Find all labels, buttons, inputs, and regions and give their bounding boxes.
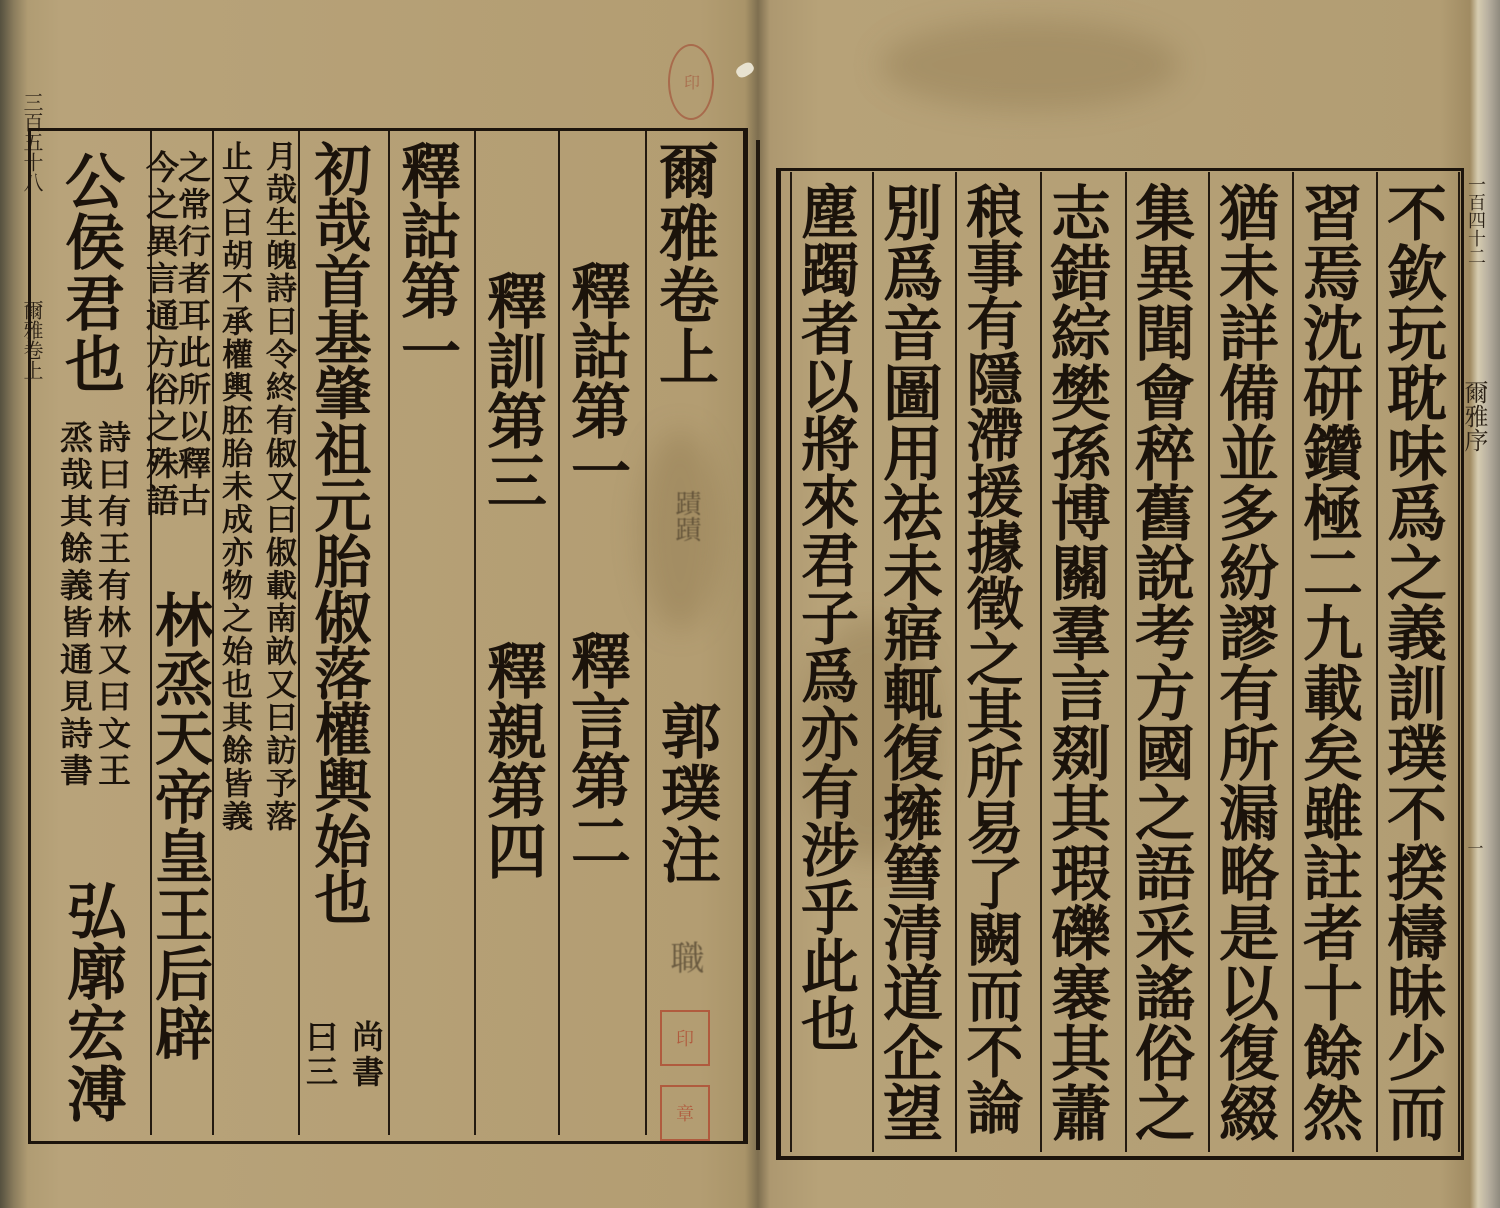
annotator: 郭璞注	[656, 700, 716, 886]
paper-tear	[734, 60, 756, 79]
preface-column: 稂事有隱滯援據徵之其所易了闕而不論	[962, 182, 1019, 1134]
column-rule	[1458, 172, 1460, 1152]
preface-column: 猶未詳備並多紛謬有所漏略是以復綴	[1214, 182, 1274, 1142]
toc-item-shixun: 釋訓第三	[482, 270, 542, 510]
commentary-column: 詩曰有王有林又曰文王	[96, 420, 129, 790]
column-rule	[645, 131, 647, 1135]
commentary-inline: 尚書	[350, 1020, 382, 1090]
column-rule	[298, 131, 300, 1135]
commentary-column: 烝哉其餘義皆通見詩書	[58, 420, 91, 790]
column-rule	[474, 131, 476, 1135]
commentary-column: 止又曰胡不承權輿胚胎未成亦物之始也其餘皆義	[218, 140, 249, 833]
ink-smudge: 蹟蹟	[668, 490, 705, 542]
preface-column: 別爲音圖用祛未寤輒復擁篲清道企望	[878, 182, 938, 1142]
column-rule	[388, 131, 390, 1135]
preface-column: 志錯綜樊孫博關羣言剟其瑕礫褰其蕭	[1046, 182, 1106, 1142]
toc-item-shiyan: 釋言第二	[566, 630, 626, 870]
commentary-column: 之常行者耳此所以釋古	[176, 150, 209, 520]
preface-column: 集異聞會稡舊說考方國之語采謠俗之	[1130, 182, 1190, 1142]
page-edge-rule	[756, 140, 760, 1150]
commentary-inline: 曰三	[304, 1020, 336, 1090]
main-text-column: 公侯君也	[60, 150, 120, 394]
commentary-column: 月哉生魄詩曰令終有俶又曰俶載南畝又曰訪予落	[262, 140, 293, 833]
margin-folio: 一百四十二	[1466, 175, 1484, 265]
main-text-column: 弘廓宏溥	[62, 880, 122, 1124]
commentary-column: 今之異言通方俗之殊語	[144, 150, 177, 520]
square-seal: 印	[660, 1010, 710, 1066]
main-text-column: 初哉首基肇祖元胎俶落權輿始也	[310, 140, 367, 924]
book-spread: 三百五十八 爾雅卷上 印 爾雅卷上 郭璞注 蹟蹟 職 印 章 釋詁第一 釋言第二…	[0, 0, 1500, 1208]
toc-item-shiqin: 釋親第四	[482, 640, 542, 880]
margin-page-mark: 一	[1466, 840, 1482, 856]
preface-column: 習焉沈研鑽極二九載矣雖註者十餘然	[1298, 182, 1358, 1142]
main-text-column: 林烝天帝皇王后辟	[150, 590, 208, 1062]
preface-column: 不欽玩耽味爲之義訓璞不揆檮昧少而	[1382, 182, 1442, 1142]
water-stain	[880, 20, 1180, 110]
chapter-heading: 釋詁第一	[396, 140, 456, 380]
toc-item-shigu: 釋詁第一	[566, 260, 626, 500]
preface-column: 塵躅者以將來君子爲亦有涉乎此也	[796, 182, 854, 1052]
margin-title: 爾雅序	[1462, 380, 1486, 452]
ink-smudge: 職	[660, 940, 709, 974]
collector-seal-oval: 印	[668, 44, 714, 120]
square-seal: 章	[660, 1085, 710, 1141]
column-rule	[558, 131, 560, 1135]
volume-title: 爾雅卷上	[654, 140, 714, 388]
